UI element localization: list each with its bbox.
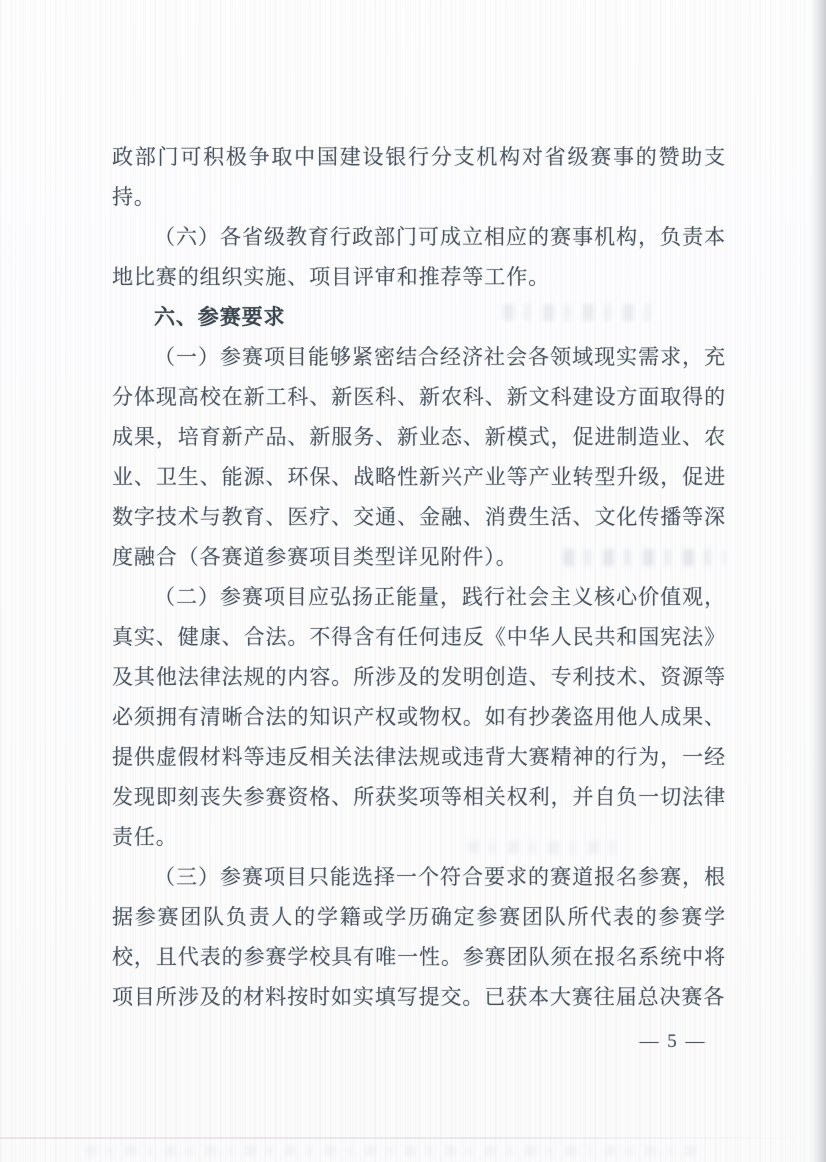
page-number: — 5 — bbox=[628, 1031, 718, 1053]
paragraph-requirement-two: （二）参赛项目应弘扬正能量，践行社会主义核心价值观，真实、健康、合法。不得含有任… bbox=[112, 577, 726, 857]
paragraph-requirement-three: （三）参赛项目只能选择一个符合要求的赛道报名参赛，根据参赛团队负责人的学籍或学历… bbox=[112, 857, 726, 1017]
document-body: 政部门可积极争取中国建设银行分支机构对省级赛事的赞助支持。 （六）各省级教育行政… bbox=[112, 137, 726, 1017]
section-heading-entry-requirements: 六、参赛要求 bbox=[112, 297, 726, 337]
paragraph-continuation: 政部门可积极争取中国建设银行分支机构对省级赛事的赞助支持。 bbox=[112, 137, 726, 217]
ink-bleed-smudge bbox=[85, 1146, 705, 1155]
scan-edge-shadow bbox=[810, 0, 826, 1162]
scanned-document-page: 政部门可积极争取中国建设银行分支机构对省级赛事的赞助支持。 （六）各省级教育行政… bbox=[0, 0, 826, 1162]
paragraph-requirement-one: （一）参赛项目能够紧密结合经济社会各领域现实需求，充分体现高校在新工科、新医科、… bbox=[112, 337, 726, 577]
paragraph-item-six: （六）各省级教育行政部门可成立相应的赛事机构，负责本地比赛的组织实施、项目评审和… bbox=[112, 217, 726, 297]
scan-fold-line bbox=[0, 1137, 812, 1139]
